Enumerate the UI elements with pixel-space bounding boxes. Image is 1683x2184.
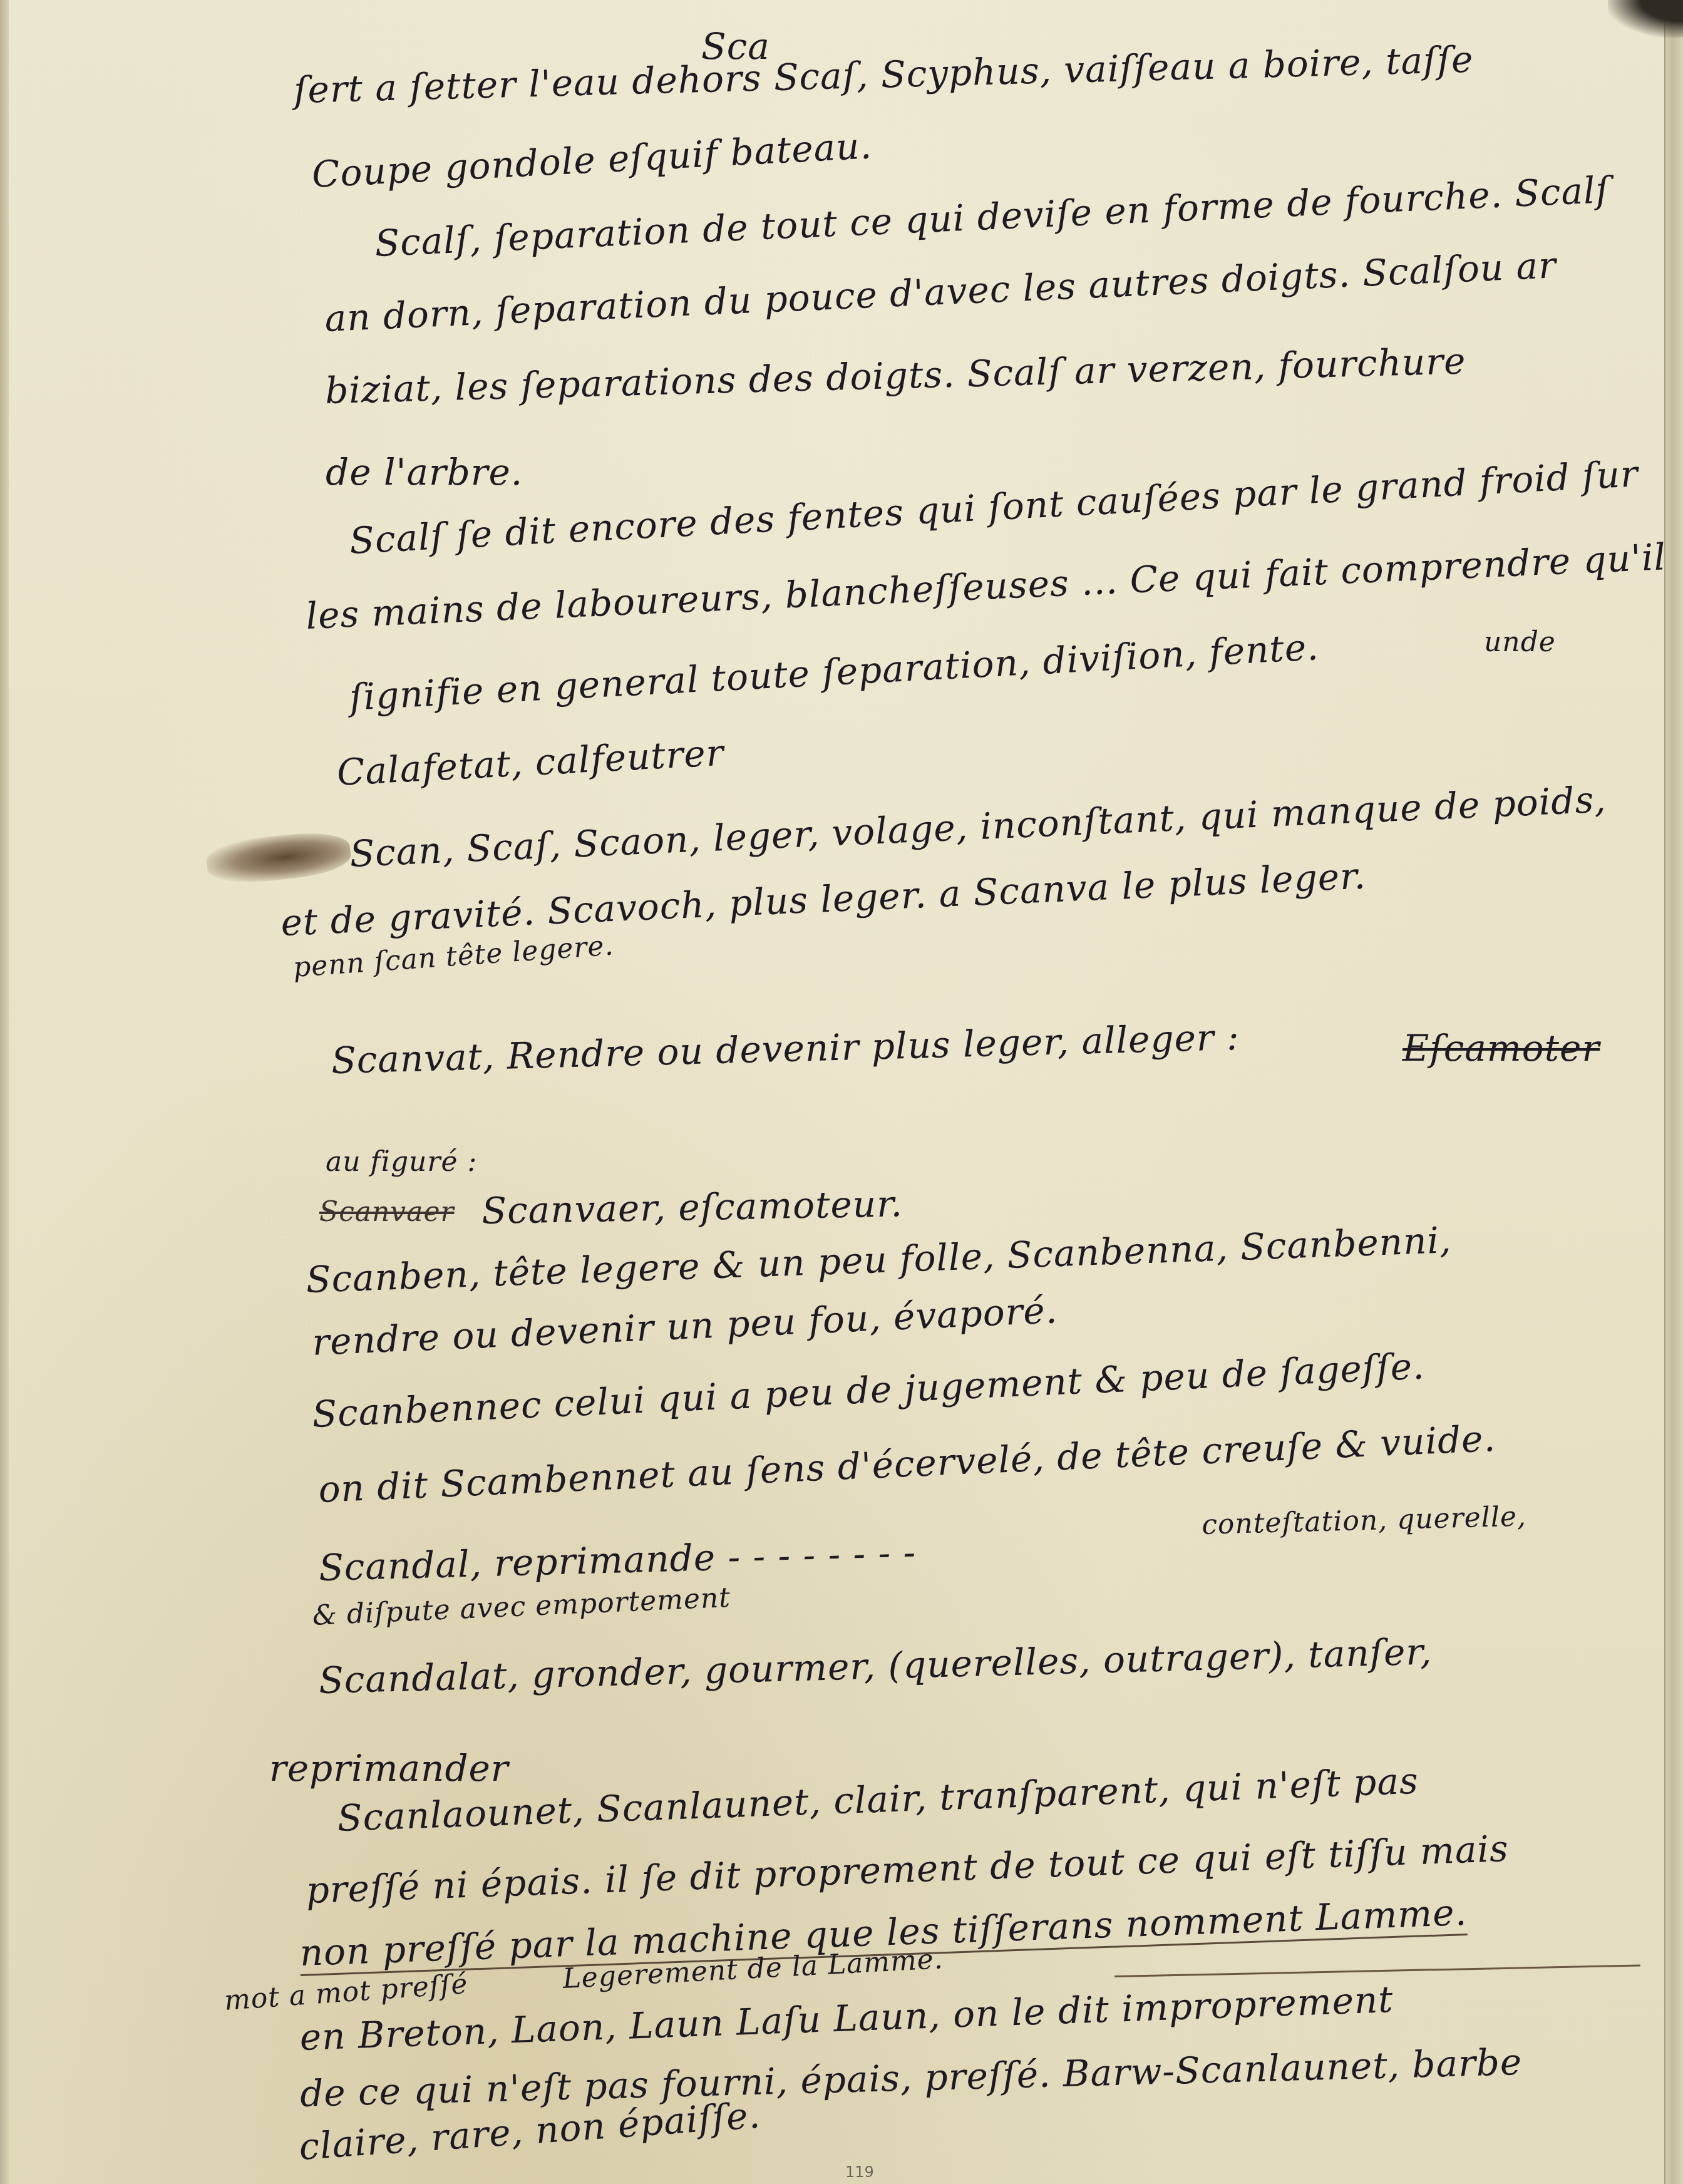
ink-blot (205, 828, 353, 887)
text-line-10: Calafetat, calfeutrer (336, 731, 725, 794)
text-line-23: Scandalat, gronder, gourmer, (querelles,… (318, 1630, 1433, 1702)
margin-note-mot-a-mot: mot a mot preſſé (223, 1968, 468, 2017)
text-line-02: Coupe gondole eſquif bateau. (311, 124, 873, 196)
text-line-24: reprimander (269, 1747, 509, 1790)
text-line-21-right: conteſtation, querelle, (1202, 1500, 1527, 1541)
margin-note-unde: unde (1484, 626, 1556, 658)
text-line-19: Scanbennec celui qui a peu de jugement &… (311, 1344, 1426, 1436)
text-line-16: Scanvaer, eſcamoteur. (481, 1182, 903, 1232)
text-line-06: de l'arbre. (326, 451, 523, 493)
text-line-17: Scanben, tête legere & un peu folle, Sca… (306, 1218, 1453, 1301)
text-line-22: & diſpute avec emportement (312, 1582, 731, 1632)
text-line-09: ſignifie en general toute ſeparation, di… (348, 626, 1320, 719)
text-line-20: on dit Scambennet au ſens d'écervelé, de… (317, 1417, 1496, 1511)
text-line-01: ſert a ſetter l'eau dehors Scaſ, Scyphus… (293, 38, 1474, 111)
text-line-05: biziat, les ſeparations des doigts. Scal… (324, 339, 1466, 412)
rule-line (1114, 1964, 1640, 1977)
manuscript-page: Sca ſert a ſetter l'eau dehors Scaſ, Scy… (0, 0, 1683, 2184)
text-line-18: rendre ou devenir un peu fou, évaporé. (311, 1289, 1058, 1364)
text-line-11: Scan, Scaſ, Scaon, leger, volage, inconſ… (349, 778, 1607, 875)
text-line-15: au figuré : (326, 1146, 477, 1178)
page-binding (1664, 0, 1683, 2184)
folio-number: 119 (845, 2163, 874, 2181)
corner-shadow (1608, 0, 1683, 38)
text-line-14: Scanvat, Rendre ou devenir plus leger, a… (331, 1016, 1240, 1082)
page-left-edge (0, 0, 9, 2184)
struck-word-escamoter: Eſcamoter (1402, 1027, 1600, 1069)
struck-word-scanvaer: Scanvaer (319, 1196, 455, 1228)
text-line-21: Scandal, reprimande - - - - - - - - (318, 1531, 917, 1589)
